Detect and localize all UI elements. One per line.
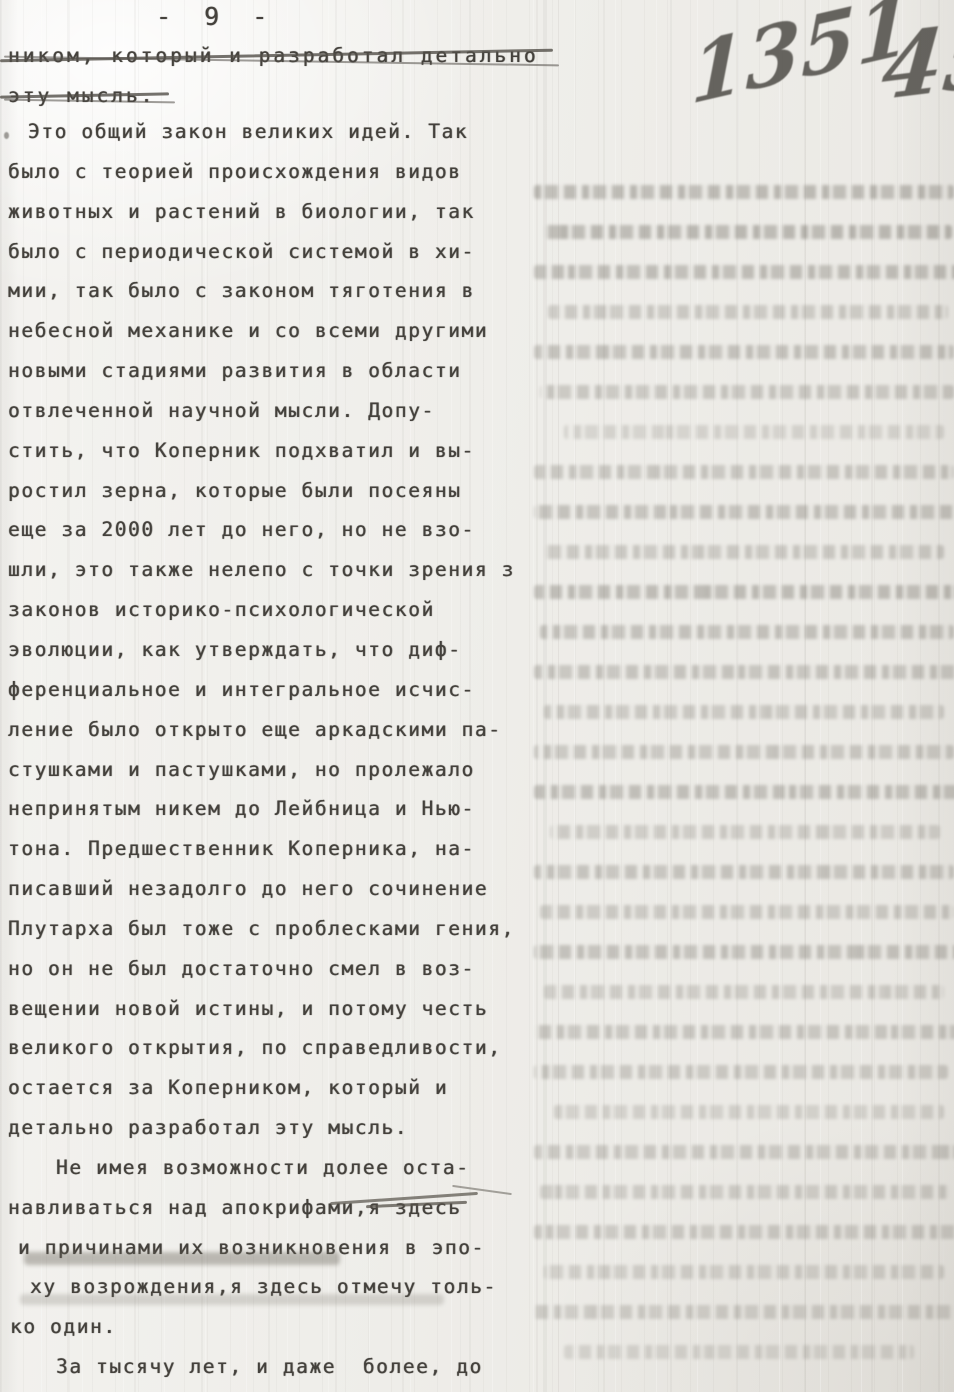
bleed-through-line xyxy=(534,945,954,959)
struck-line: эту мысль. xyxy=(8,76,155,116)
bleed-through-line xyxy=(534,745,954,759)
typewritten-line: стить, что Коперник подхватил и вы- xyxy=(8,431,564,471)
typewritten-line: навливаться над апокрифами,я здесь xyxy=(8,1188,564,1228)
bleed-through-line xyxy=(564,1345,914,1359)
bleed-through-line xyxy=(534,1305,954,1319)
typewritten-line: ко один. xyxy=(8,1307,564,1347)
typewritten-line: эволюции, как утверждать, что диф- xyxy=(8,630,564,670)
erased-text-smudge-2 xyxy=(20,1294,444,1305)
bleed-through-line xyxy=(544,545,944,559)
typewritten-line: Плутарха был тоже с проблесками гения, xyxy=(8,909,564,949)
struck-line-row: эту мысль. xyxy=(8,76,539,116)
typewritten-line: законов историко-психологической xyxy=(8,590,564,630)
bleed-through-line xyxy=(540,1185,950,1199)
typewritten-line: непринятым никем до Лейбница и Нью- xyxy=(8,789,564,829)
bleed-through-text-column xyxy=(534,185,954,1385)
typewritten-line: остается за Коперником, который и xyxy=(8,1068,564,1108)
typewritten-line: Это общий закон великих идей. Так xyxy=(8,112,564,152)
typewritten-line: За тысячу лет, и даже более, до xyxy=(8,1347,564,1387)
bleed-through-line xyxy=(544,985,944,999)
bleed-through-line xyxy=(544,705,944,719)
typewritten-line: было с периодической системой в хи- xyxy=(8,232,564,272)
typewritten-line: детально разработал эту мысль. xyxy=(8,1108,564,1148)
scanned-document-page: - 9 - 1351 45 ником, который и разработа… xyxy=(0,0,954,1392)
bleed-through-line xyxy=(534,465,954,479)
typewritten-line: писавший незадолго до него сочинение xyxy=(8,869,564,909)
bleed-through-line xyxy=(540,385,954,399)
handwritten-archive-number-right: 45 xyxy=(878,0,954,120)
bleed-through-line xyxy=(534,585,954,599)
typewritten-line: было с теорией происхождения видов xyxy=(8,152,564,192)
struck-out-text-block: ником, который и разработал детальноэту … xyxy=(8,36,539,116)
bleed-through-line xyxy=(534,1145,954,1159)
typewritten-line: но он не был достаточно смел в воз- xyxy=(8,949,564,989)
bleed-through-line xyxy=(544,225,952,239)
bleed-through-line xyxy=(534,345,954,359)
typewritten-line: вещении новой истины, и потому честь xyxy=(8,989,564,1029)
bleed-through-line xyxy=(548,305,948,319)
bleed-through-line xyxy=(564,425,944,439)
bleed-through-line xyxy=(534,785,954,799)
erased-text-smudge xyxy=(24,1252,340,1265)
typewritten-line: отвлеченной научной мысли. Допу- xyxy=(8,391,564,431)
page-number: - 9 - xyxy=(156,2,276,31)
bleed-through-line xyxy=(534,505,954,519)
typewritten-line: новыми стадиями развития в области xyxy=(8,351,564,391)
bleed-through-line xyxy=(534,1225,954,1239)
typewritten-line: шли, это также нелепо с точки зрения з xyxy=(8,550,564,590)
typewritten-line: стушками и пастушками, но пролежало xyxy=(8,750,564,790)
bleed-through-line xyxy=(554,1105,944,1119)
bleed-through-line xyxy=(540,905,954,919)
struck-line: ником, который и разработал детально xyxy=(8,36,539,76)
struck-line-row: ником, который и разработал детально xyxy=(8,36,539,76)
typewritten-line: животных и растений в биологии, так xyxy=(8,192,564,232)
typewritten-line: ление было открыто еще аркадскими па- xyxy=(8,710,564,750)
typewritten-line: ростил зерна, которые были посеяны xyxy=(8,471,564,511)
bleed-through-line xyxy=(534,1065,948,1079)
bleed-through-line xyxy=(534,185,954,199)
typewritten-line: ференциальное и интегральное исчис- xyxy=(8,670,564,710)
bleed-through-line xyxy=(544,1265,944,1279)
typewritten-line: Не имея возможности долее оста- xyxy=(8,1148,564,1188)
typewritten-line: небесной механике и со всеми другими xyxy=(8,311,564,351)
bleed-through-line xyxy=(534,665,954,679)
ink-speck xyxy=(4,132,9,139)
bleed-through-line xyxy=(534,1025,954,1039)
bleed-through-line xyxy=(540,625,954,639)
bleed-through-line xyxy=(534,265,954,279)
typewritten-body-text: Это общий закон великих идей. Такбыло с … xyxy=(8,112,564,1387)
typewritten-line: еще за 2000 лет до него, но не взо- xyxy=(8,510,564,550)
bleed-through-line xyxy=(550,825,940,839)
typewritten-line: мии, так было с законом тяготения в xyxy=(8,271,564,311)
bleed-through-line xyxy=(534,865,954,879)
typewritten-line: великого открытия, по справедливости, xyxy=(8,1028,564,1068)
line-text: навливаться над апокрифами, xyxy=(8,1196,368,1219)
typewritten-line: тона. Предшественник Коперника, на- xyxy=(8,829,564,869)
